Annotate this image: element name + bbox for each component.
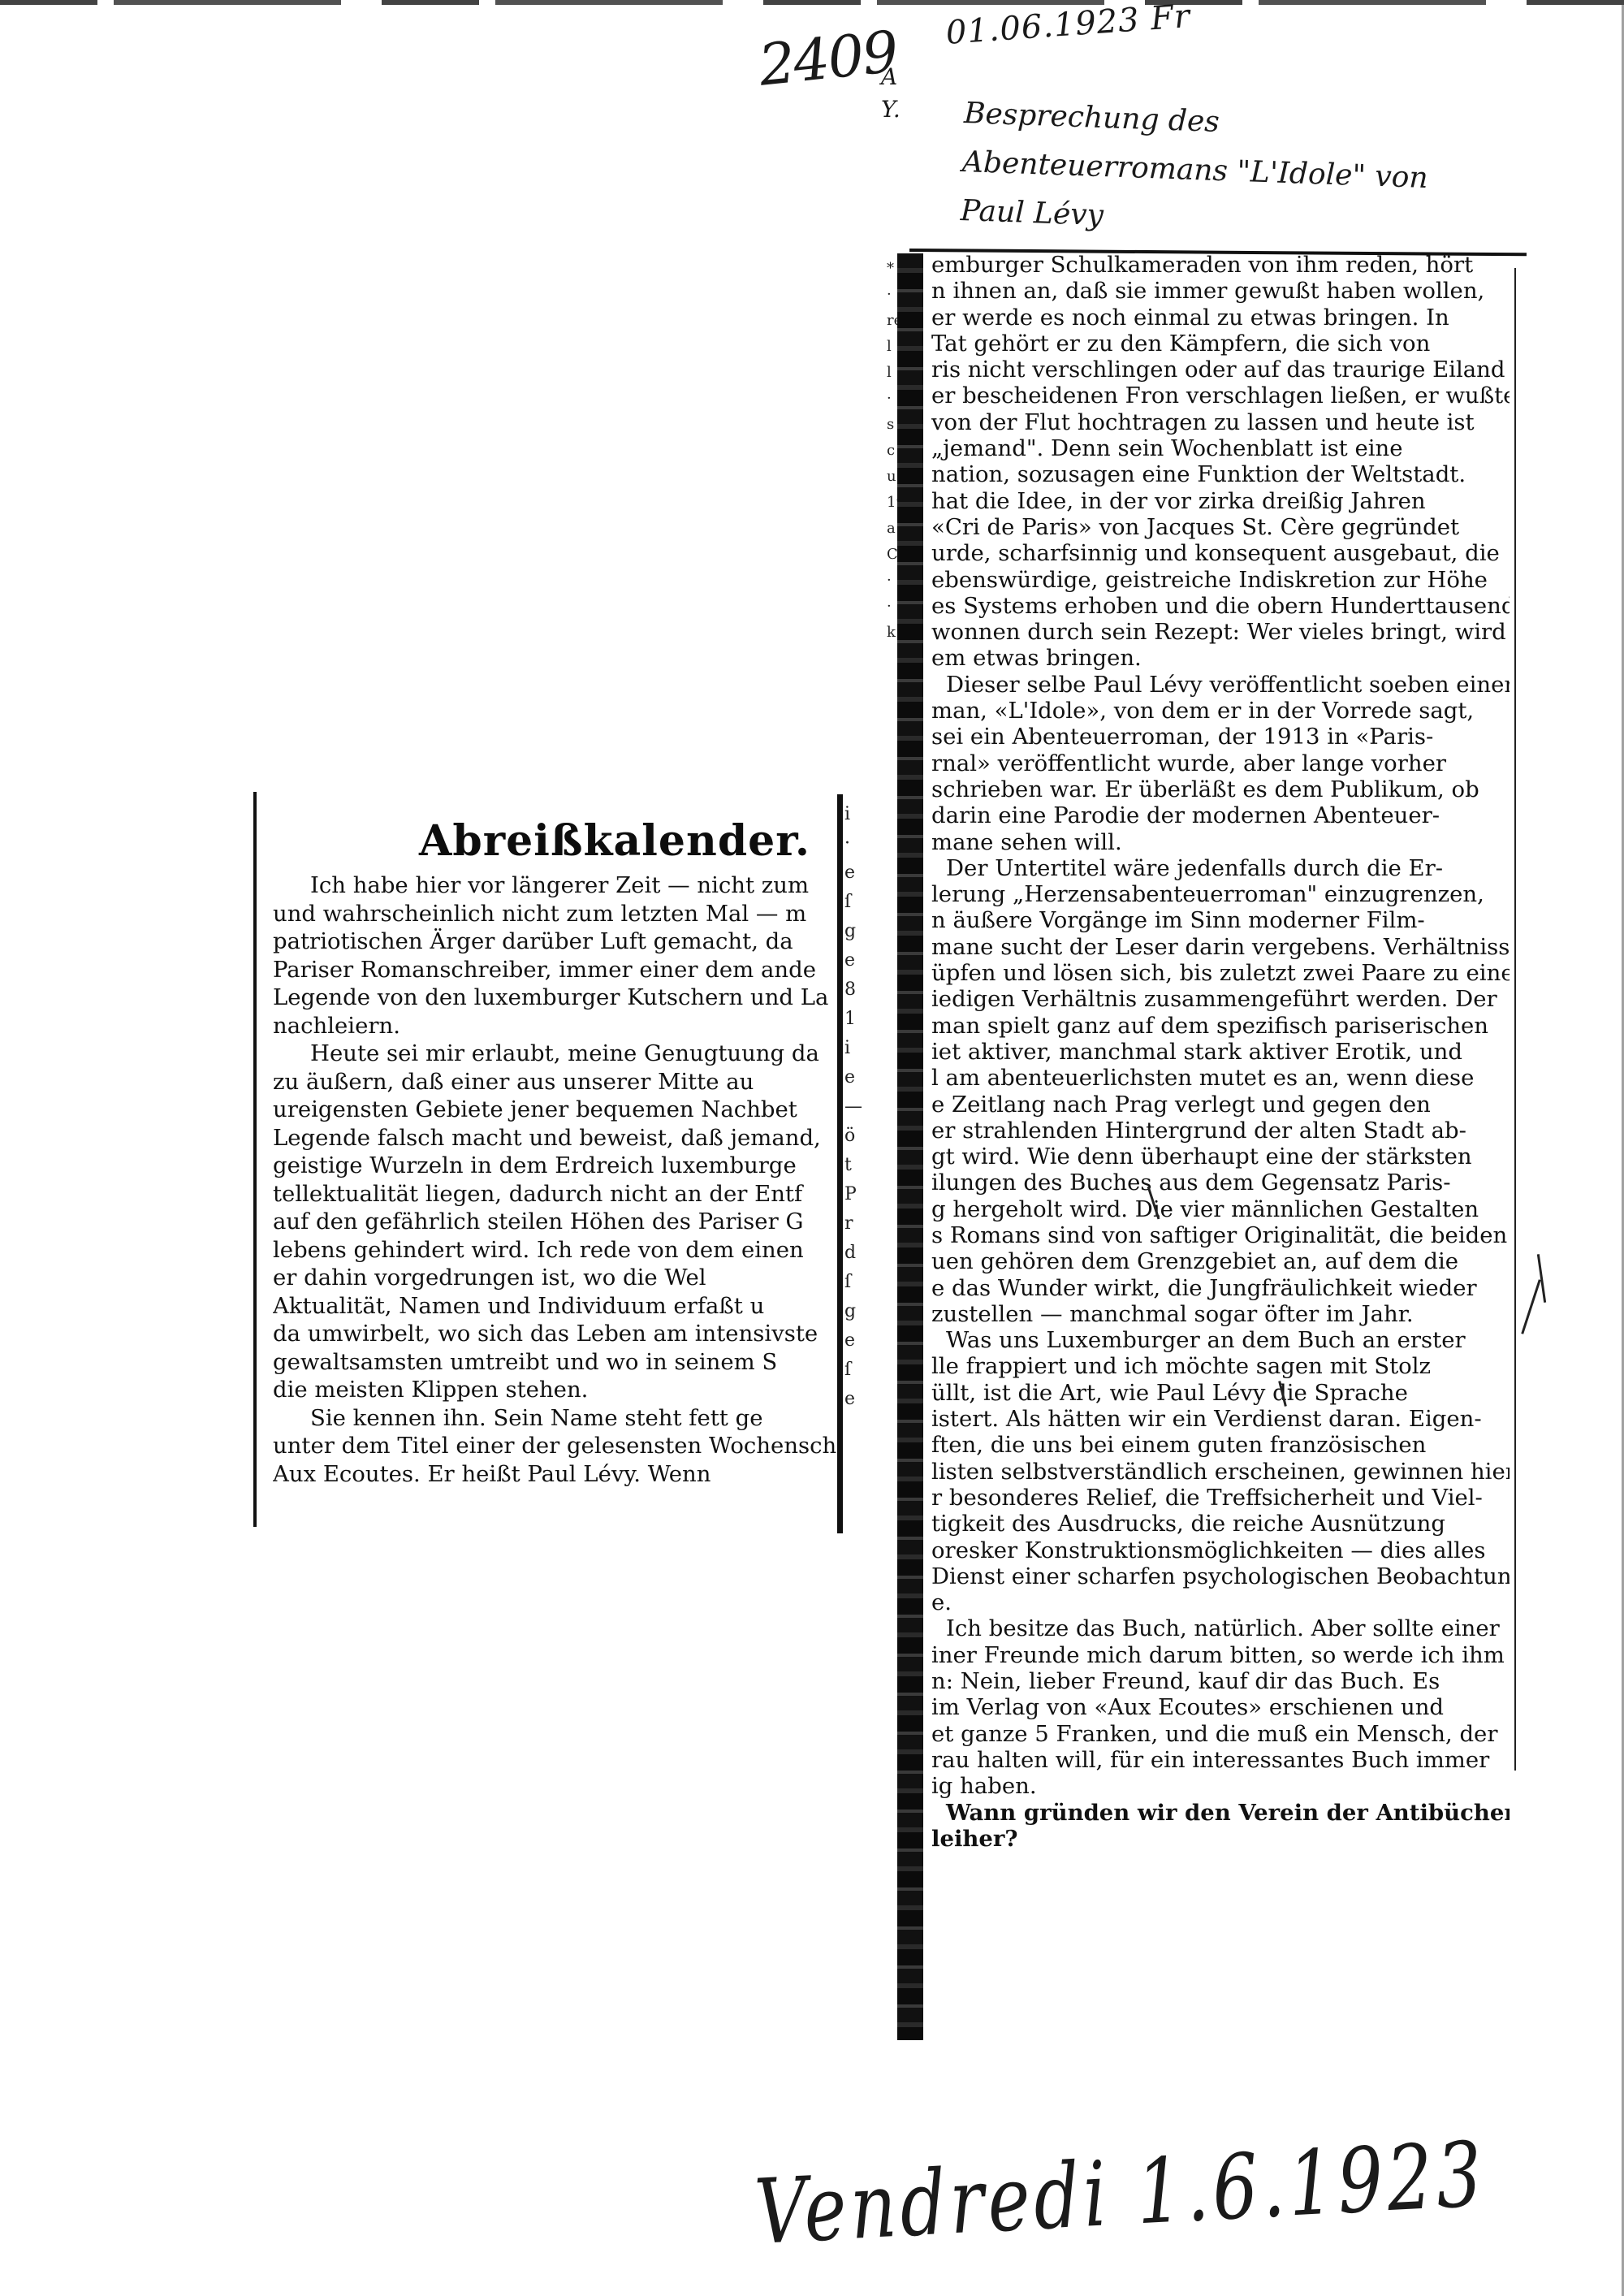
text-line: er strahlenden Hintergrund der alten Sta…: [931, 1118, 1510, 1144]
column-rule-left: [837, 794, 843, 1533]
clipping-body-right: emburger Schulkameraden von ihm reden, h…: [931, 252, 1510, 1852]
text-fragment: ·: [887, 568, 898, 594]
text-fragment: k: [887, 620, 898, 646]
clipping-review-continuation: emburger Schulkameraden von ihm reden, h…: [905, 252, 1522, 2039]
archive-description-handwritten: Besprechung des Abenteuerromans "L'Idole…: [960, 89, 1484, 253]
text-line: und wahrscheinlich nicht zum letzten Mal…: [273, 900, 843, 928]
text-line: Heute sei mir erlaubt, meine Genugtuung …: [273, 1040, 843, 1068]
text-fragment: P: [844, 1180, 864, 1209]
text-fragment: e: [844, 1063, 864, 1092]
archive-mark-a: A: [881, 61, 901, 93]
text-fragment: —: [844, 1092, 864, 1122]
text-line: von der Flut hochtragen zu lassen und he…: [931, 409, 1510, 435]
text-line: sei ein Abenteuerroman, der 1913 in «Par…: [931, 724, 1510, 750]
text-fragment: 8: [844, 975, 864, 1005]
adjacent-column-fragments-right: *·rell·scu19aC··k: [887, 256, 898, 646]
text-line: mane sucht der Leser darin vergebens. Ve…: [931, 934, 1510, 960]
text-line: ureigensten Gebiete jener bequemen Nachb…: [273, 1096, 843, 1124]
text-line: es Systems erhoben und die obern Hundert…: [931, 593, 1510, 619]
text-line: et ganze 5 Franken, und die muß ein Mens…: [931, 1721, 1510, 1747]
text-line: iet aktiver, manchmal stark aktiver Erot…: [931, 1039, 1510, 1065]
text-line: er werde es noch einmal zu etwas bringen…: [931, 305, 1510, 331]
text-fragment: 1: [844, 1005, 864, 1034]
clipping-abreisskalender: Abreißkalender. Ich habe hier vor länger…: [253, 792, 848, 1527]
text-line: üllt, ist die Art, wie Paul Lévy die Spr…: [931, 1380, 1510, 1406]
text-line: die meisten Klippen stehen.: [273, 1376, 843, 1404]
text-line: gt wird. Wie denn überhaupt eine der stä…: [931, 1144, 1510, 1170]
text-line: Tat gehört er zu den Kämpfern, die sich …: [931, 331, 1510, 357]
text-line: lebens gehindert wird. Ich rede von dem …: [273, 1236, 843, 1265]
text-fragment: ſ: [844, 888, 864, 917]
text-fragment: ſ: [844, 1356, 864, 1385]
archive-marks-handwritten: A Y.: [881, 61, 901, 126]
clipping-title: Abreißkalender.: [419, 816, 810, 866]
text-line: man spielt ganz auf dem spezifisch paris…: [931, 1013, 1510, 1039]
text-fragment: e: [844, 858, 864, 888]
text-fragment: C: [887, 542, 898, 568]
text-line: im Verlag von «Aux Ecoutes» erschienen u…: [931, 1694, 1510, 1720]
text-line: ilungen des Buches aus dem Gegensatz Par…: [931, 1170, 1510, 1196]
text-fragment: ·: [887, 594, 898, 620]
text-line: gewaltsamsten umtreibt und wo in seinem …: [273, 1348, 843, 1377]
text-fragment: u: [887, 464, 898, 490]
archive-date-handwritten: 01.06.1923 Fr: [944, 0, 1191, 52]
text-line: er bescheidenen Fron verschlagen ließen,…: [931, 383, 1510, 409]
text-line: patriotischen Ärger darüber Luft gemacht…: [273, 927, 843, 956]
text-fragment: ·: [887, 282, 898, 308]
text-line: tellektualität liegen, dadurch nicht an …: [273, 1180, 843, 1209]
archive-mark-y: Y.: [881, 93, 901, 126]
text-fragment: re: [887, 308, 898, 334]
text-line: e das Wunder wirkt, die Jungfräulichkeit…: [931, 1275, 1510, 1301]
text-line: schrieben war. Er überläßt es dem Publik…: [931, 776, 1510, 802]
text-line: wonnen durch sein Rezept: Wer vieles bri…: [931, 619, 1510, 645]
text-fragment: l: [887, 360, 898, 386]
text-line: üpfen und lösen sich, bis zuletzt zwei P…: [931, 960, 1510, 986]
text-line: n äußere Vorgänge im Sinn moderner Film-: [931, 907, 1510, 933]
text-line: e.: [931, 1589, 1510, 1615]
text-line: l am abenteuerlichsten mutet es an, wenn…: [931, 1065, 1510, 1091]
text-line: Was uns Luxemburger an dem Buch an erste…: [931, 1327, 1510, 1353]
text-fragment: ſ: [844, 1268, 864, 1297]
text-line: ig haben.: [931, 1773, 1510, 1799]
archive-number-handwritten: 2409: [756, 18, 901, 98]
text-line: zustellen — manchmal sogar öfter im Jahr…: [931, 1301, 1510, 1327]
text-line: Aktualität, Namen und Individuum erfaßt …: [273, 1292, 843, 1321]
text-fragment: 19: [887, 490, 898, 516]
text-fragment: e: [844, 946, 864, 975]
text-line: ebenswürdige, geistreiche Indiskretion z…: [931, 567, 1510, 593]
scan-top-edge: [0, 0, 1624, 5]
text-line: iner Freunde mich darum bitten, so werde…: [931, 1642, 1510, 1668]
text-line: e Zeitlang nach Prag verlegt und gegen d…: [931, 1092, 1510, 1118]
text-line: listen selbstverständlich erscheinen, ge…: [931, 1459, 1510, 1485]
text-line: Legende falsch macht und beweist, daß je…: [273, 1124, 843, 1152]
text-fragment: t: [844, 1151, 864, 1180]
text-fragment: ·: [887, 386, 898, 412]
text-fragment: d: [844, 1239, 864, 1268]
scan-binding-shadow: [897, 253, 923, 2040]
adjacent-column-fragments: i·eſge81ie—ötPrdſgeſe: [844, 800, 864, 1414]
text-line: er dahin vorgedrungen ist, wo die Wel: [273, 1264, 843, 1292]
text-line: leiher?: [931, 1826, 1510, 1852]
text-line: rnal» veröffentlicht wurde, aber lange v…: [931, 750, 1510, 776]
pencil-mark: [1521, 1279, 1540, 1334]
text-line: Ich besitze das Buch, natürlich. Aber so…: [931, 1615, 1510, 1641]
text-line: lle frappiert und ich möchte sagen mit S…: [931, 1353, 1510, 1379]
text-line: Dieser selbe Paul Lévy veröffentlicht so…: [931, 672, 1510, 698]
text-line: uen gehören dem Grenzgebiet an, auf dem …: [931, 1248, 1510, 1274]
text-line: r besonderes Relief, die Treffsicherheit…: [931, 1485, 1510, 1511]
text-line: nachleiern.: [273, 1012, 843, 1040]
text-fragment: g: [844, 917, 864, 946]
text-fragment: *: [887, 256, 898, 282]
text-line: g hergeholt wird. Die vier männlichen Ge…: [931, 1196, 1510, 1222]
text-line: Aux Ecoutes. Er heißt Paul Lévy. Wenn: [273, 1460, 843, 1489]
text-line: nation, sozusagen eine Funktion der Welt…: [931, 461, 1510, 487]
text-line: oresker Konstruktionsmöglichkeiten — die…: [931, 1537, 1510, 1563]
text-fragment: l: [887, 334, 898, 360]
text-fragment: ö: [844, 1122, 864, 1151]
clipping-body-left: Ich habe hier vor längerer Zeit — nicht …: [273, 871, 843, 1488]
text-fragment: s: [887, 412, 898, 438]
text-line: istert. Als hätten wir ein Verdienst dar…: [931, 1406, 1510, 1432]
text-line: n ihnen an, daß sie immer gewußt haben w…: [931, 278, 1510, 304]
text-line: ris nicht verschlingen oder auf das trau…: [931, 357, 1510, 383]
text-line: auf den gefährlich steilen Höhen des Par…: [273, 1208, 843, 1236]
text-line: s Romans sind von saftiger Originalität,…: [931, 1222, 1510, 1248]
text-fragment: e: [844, 1385, 864, 1414]
footer-date-handwritten: Vendredi 1.6.1923: [753, 2122, 1488, 2264]
text-line: Sie kennen ihn. Sein Name steht fett ge: [273, 1404, 843, 1433]
text-line: darin eine Parodie der modernen Abenteue…: [931, 802, 1510, 828]
text-line: n: Nein, lieber Freund, kauf dir das Buc…: [931, 1668, 1510, 1694]
text-line: „jemand". Denn sein Wochenblatt ist eine: [931, 435, 1510, 461]
text-line: ften, die uns bei einem guten französisc…: [931, 1432, 1510, 1458]
text-line: Pariser Romanschreiber, immer einer dem …: [273, 956, 843, 984]
text-line: «Cri de Paris» von Jacques St. Cère gegr…: [931, 514, 1510, 540]
text-line: lerung „Herzensabenteuerroman" einzugren…: [931, 881, 1510, 907]
text-fragment: i: [844, 1034, 864, 1063]
text-line: da umwirbelt, wo sich das Leben am inten…: [273, 1320, 843, 1348]
text-fragment: r: [844, 1209, 864, 1239]
text-fragment: ·: [844, 829, 864, 858]
text-line: unter dem Titel einer der gelesensten Wo…: [273, 1432, 843, 1460]
text-line: Ich habe hier vor längerer Zeit — nicht …: [273, 871, 843, 900]
text-fragment: e: [844, 1326, 864, 1356]
text-fragment: a: [887, 516, 898, 542]
text-line: geistige Wurzeln in dem Erdreich luxembu…: [273, 1152, 843, 1180]
text-line: zu äußern, daß einer aus unserer Mitte a…: [273, 1068, 843, 1096]
text-line: emburger Schulkameraden von ihm reden, h…: [931, 252, 1510, 278]
text-line: man, «L'Idole», von dem er in der Vorred…: [931, 698, 1510, 724]
text-line: Legende von den luxemburger Kutschern un…: [273, 984, 843, 1012]
text-line: iedigen Verhältnis zusammengeführt werde…: [931, 986, 1510, 1012]
text-line: hat die Idee, in der vor zirka dreißig J…: [931, 488, 1510, 514]
text-line: urde, scharfsinnig und konsequent ausgeb…: [931, 540, 1510, 566]
pencil-mark: [1537, 1254, 1546, 1303]
text-line: tigkeit des Ausdrucks, die reiche Ausnüt…: [931, 1511, 1510, 1537]
text-line: Der Untertitel wäre jedenfalls durch die…: [931, 855, 1510, 881]
text-line: em etwas bringen.: [931, 645, 1510, 671]
text-line: rau halten will, für ein interessantes B…: [931, 1747, 1510, 1773]
text-line: Wann gründen wir den Verein der Antibüch…: [931, 1800, 1510, 1826]
text-fragment: g: [844, 1297, 864, 1326]
text-fragment: c: [887, 438, 898, 464]
text-line: mane sehen will.: [931, 829, 1510, 855]
text-line: Dienst einer scharfen psychologischen Be…: [931, 1563, 1510, 1589]
text-fragment: i: [844, 800, 864, 829]
